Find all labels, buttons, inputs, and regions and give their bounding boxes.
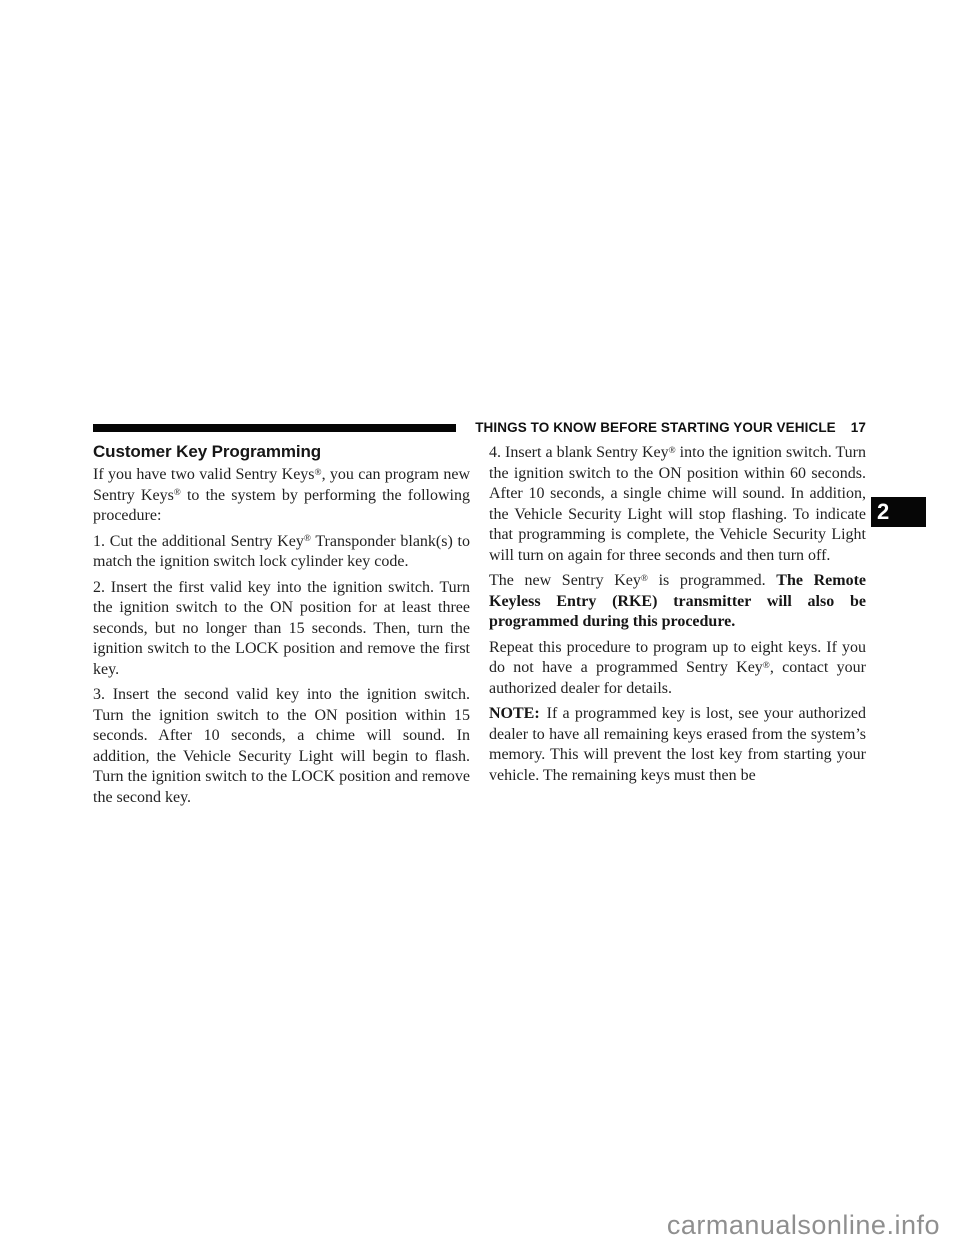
header-title: THINGS TO KNOW BEFORE STARTING YOUR VEHI… — [475, 420, 836, 435]
step-3-paragraph: 3. Insert the second valid key into the … — [93, 685, 470, 808]
chapter-tab: 2 — [871, 497, 926, 527]
section-heading: Customer Key Programming — [93, 443, 470, 461]
chapter-tab-number: 2 — [877, 499, 889, 525]
running-header: THINGS TO KNOW BEFORE STARTING YOUR VEHI… — [93, 421, 866, 435]
watermark-text: carmanualsonline.info — [667, 1212, 940, 1239]
note-text: If a programmed key is lost, see your au… — [489, 705, 866, 784]
text-columns: Customer Key Programming If you have two… — [93, 443, 866, 808]
programmed-paragraph: The new Sentry Key® is programmed. The R… — [489, 571, 866, 633]
intro-paragraph: If you have two valid Sentry Keys®, you … — [93, 465, 470, 527]
page-content: THINGS TO KNOW BEFORE STARTING YOUR VEHI… — [93, 421, 866, 808]
note-label: NOTE: — [489, 705, 540, 722]
repeat-paragraph: Repeat this procedure to program up to e… — [489, 638, 866, 700]
page-number: 17 — [851, 420, 866, 435]
left-column: Customer Key Programming If you have two… — [93, 443, 470, 808]
note-paragraph: NOTE:If a programmed key is lost, see yo… — [489, 704, 866, 786]
manual-page: THINGS TO KNOW BEFORE STARTING YOUR VEHI… — [0, 0, 960, 1242]
step-4-paragraph: 4. Insert a blank Sentry Key® into the i… — [489, 443, 866, 566]
step-2-paragraph: 2. Insert the first valid key into the i… — [93, 578, 470, 681]
header-rule — [93, 424, 456, 432]
programmed-paragraph-normal: The new Sentry Key® is programmed. — [489, 572, 776, 589]
header-text: THINGS TO KNOW BEFORE STARTING YOUR VEHI… — [475, 421, 866, 435]
step-1-paragraph: 1. Cut the additional Sentry Key® Transp… — [93, 532, 470, 573]
right-column: 4. Insert a blank Sentry Key® into the i… — [489, 443, 866, 808]
